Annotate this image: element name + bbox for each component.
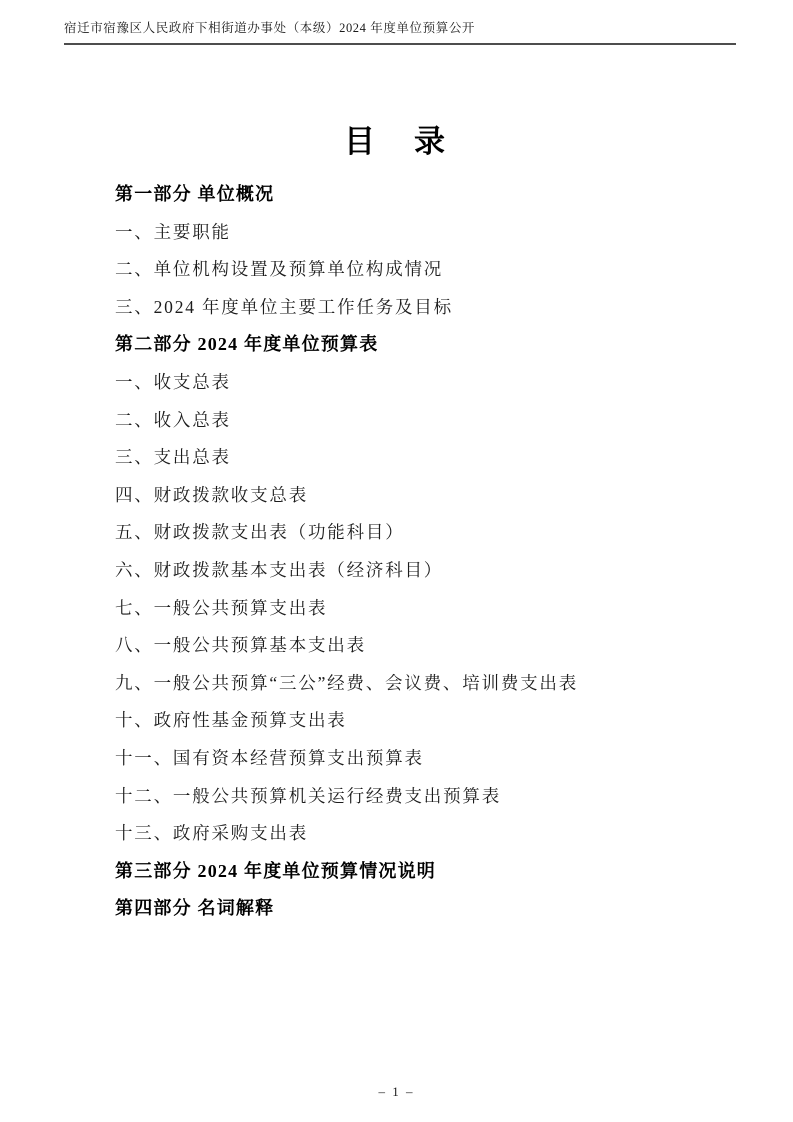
toc-item: 十二、一般公共预算机关运行经费支出预算表: [115, 778, 738, 816]
document-page: 宿迁市宿豫区人民政府下相街道办事处（本级）2024 年度单位预算公开 目 录 第…: [0, 0, 793, 1122]
toc-item: 第三部分 2024 年度单位预算情况说明: [115, 853, 738, 891]
toc-item: 二、单位机构设置及预算单位构成情况: [115, 251, 738, 289]
toc-item: 一、主要职能: [115, 214, 738, 252]
toc-item: 八、一般公共预算基本支出表: [115, 627, 738, 665]
toc-item: 十一、国有资本经营预算支出预算表: [115, 740, 738, 778]
toc-item: 一、收支总表: [115, 364, 738, 402]
page-title: 目 录: [0, 116, 793, 161]
toc-item: 第二部分 2024 年度单位预算表: [115, 326, 738, 364]
toc-item: 五、财政拨款支出表（功能科目）: [115, 514, 738, 552]
toc-item: 十、政府性基金预算支出表: [115, 702, 738, 740]
toc-item: 三、支出总表: [115, 439, 738, 477]
toc-item: 三、2024 年度单位主要工作任务及目标: [115, 289, 738, 327]
toc-item: 十三、政府采购支出表: [115, 815, 738, 853]
table-of-contents: 第一部分 单位概况一、主要职能二、单位机构设置及预算单位构成情况三、2024 年…: [115, 176, 738, 928]
page-number: – 1 –: [0, 1084, 793, 1100]
toc-item: 二、收入总表: [115, 402, 738, 440]
toc-item: 第四部分 名词解释: [115, 890, 738, 928]
toc-item: 九、一般公共预算“三公”经费、会议费、培训费支出表: [115, 665, 738, 703]
toc-item: 第一部分 单位概况: [115, 176, 738, 214]
page-header: 宿迁市宿豫区人民政府下相街道办事处（本级）2024 年度单位预算公开: [64, 18, 736, 45]
toc-item: 四、财政拨款收支总表: [115, 477, 738, 515]
toc-item: 七、一般公共预算支出表: [115, 590, 738, 628]
toc-item: 六、财政拨款基本支出表（经济科目）: [115, 552, 738, 590]
